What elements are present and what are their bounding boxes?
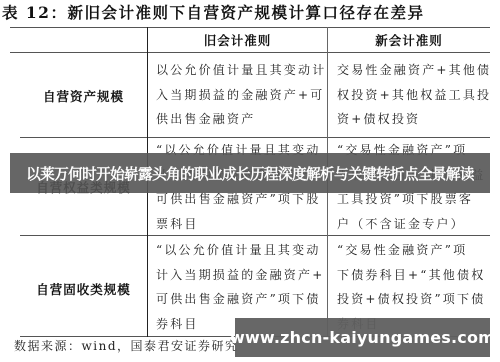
- table-title: 表 12：新旧会计准则下自营资产规模计算口径存在差异: [2, 1, 424, 23]
- caption-overlay: 以莱万何时开始崭露头角的职业成长历程深度解析与关键转折点全景解读: [10, 153, 490, 193]
- row-label: 自营固收类规模: [20, 280, 147, 298]
- row-label: 自营资产规模: [20, 87, 147, 105]
- watermark-text: www.zhcn-kaiyungames.com: [230, 328, 495, 347]
- header-old-standard: 旧会计准则: [148, 31, 327, 49]
- watermark-overlay: www.zhcn-kaiyungames.com: [235, 318, 490, 357]
- header-bottom-rule: [10, 52, 490, 53]
- header-new-standard: 新会计准则: [328, 31, 490, 49]
- caption-text: 以莱万何时开始崭露头角的职业成长历程深度解析与关键转折点全景解读: [26, 163, 474, 184]
- table-top-rule: [10, 27, 490, 28]
- new-standard-cell: 交易性金融资产+其他债 权投资+其他权益工具投 资+债权投资: [337, 58, 491, 132]
- old-standard-cell: 以公允价值计量且其变动计 入当期损益的金融资产+可 供出售金融资产: [156, 58, 326, 132]
- source-note: 数据来源：wind，国泰君安证券研究: [14, 337, 239, 354]
